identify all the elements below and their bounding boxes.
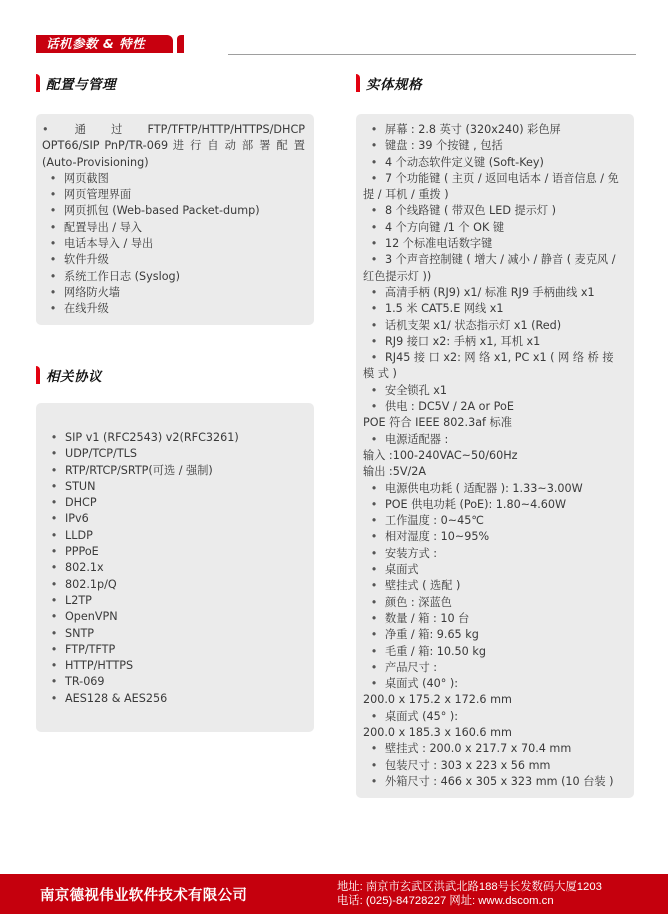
list-item: •802.1x bbox=[43, 560, 305, 576]
header-divider bbox=[228, 54, 636, 55]
heading-config: 配置与管理 bbox=[36, 74, 116, 92]
bullet-icon: • bbox=[363, 171, 385, 187]
list-item: •RJ9 接口 x2: 手柄 x1, 耳机 x1 bbox=[363, 334, 628, 350]
list-item-text: 802.1p/Q bbox=[65, 578, 117, 591]
list-item-text: 1.5 米 CAT5.E 网线 x1 bbox=[385, 302, 504, 315]
list-item-text: 桌面式 (45° ): bbox=[385, 710, 458, 723]
list-item-text: 系统工作日志 (Syslog) bbox=[64, 270, 180, 283]
bullet-icon: • bbox=[363, 318, 385, 334]
list-item-text: 电源供电功耗 ( 适配器 ): 1.33~3.00W bbox=[385, 482, 583, 495]
list-item-text: 话机支架 x1/ 状态指示灯 x1 (Red) bbox=[385, 319, 561, 332]
bullet-icon: • bbox=[363, 122, 385, 138]
bullet-icon: • bbox=[363, 758, 385, 774]
bullet-icon: • bbox=[363, 741, 385, 757]
list-item: •安全锁孔 x1 bbox=[363, 383, 628, 399]
bullet-icon: • bbox=[43, 479, 65, 495]
bullet-icon: • bbox=[363, 676, 385, 692]
list-item-text: RJ9 接口 x2: 手柄 x1, 耳机 x1 bbox=[385, 335, 540, 348]
list-item: •供电 : DC5V / 2A or PoE bbox=[363, 399, 628, 415]
bullet-icon: • bbox=[363, 644, 385, 660]
heading-marker-icon bbox=[36, 366, 40, 384]
physical-panel: •屏幕 : 2.8 英寸 (320x240) 彩色屏•键盘 : 39 个按键 ,… bbox=[356, 114, 634, 798]
list-item: •网络防火墙 bbox=[42, 285, 305, 301]
heading-marker-icon bbox=[36, 74, 40, 92]
list-item-text: IPv6 bbox=[65, 512, 89, 525]
list-item-text: AES128 & AES256 bbox=[65, 692, 167, 705]
footer-phone-website: 电话: (025)-84728227 网址: www.dscom.cn bbox=[337, 894, 602, 908]
list-item: •电源适配器 : bbox=[363, 432, 628, 448]
list-item-text: 电话本导入 / 导出 bbox=[64, 237, 153, 250]
physical-list: •屏幕 : 2.8 英寸 (320x240) 彩色屏•键盘 : 39 个按键 ,… bbox=[363, 122, 628, 790]
list-item: •屏幕 : 2.8 英寸 (320x240) 彩色屏 bbox=[363, 122, 628, 138]
list-item: •12 个标准电话数字键 bbox=[363, 236, 628, 252]
list-item: •键盘 : 39 个按键 , 包括 bbox=[363, 138, 628, 154]
list-item-text: POE 供电功耗 (PoE): 1.80~4.60W bbox=[385, 498, 566, 511]
heading-physical-text: 实体规格 bbox=[366, 73, 422, 93]
list-item-text: 200.0 x 185.3 x 160.6 mm bbox=[363, 726, 512, 739]
list-item-text: 颜色 : 深蓝色 bbox=[385, 596, 452, 609]
bullet-icon: • bbox=[42, 220, 64, 236]
list-item: •8 个线路键 ( 带双色 LED 提示灯 ) bbox=[363, 203, 628, 219]
list-item: •颜色 : 深蓝色 bbox=[363, 595, 628, 611]
heading-protocols: 相关协议 bbox=[36, 366, 102, 384]
list-item-text: 4 个动态软件定义键 (Soft-Key) bbox=[385, 156, 544, 169]
list-item: •电话本导入 / 导出 bbox=[42, 236, 305, 252]
list-item-text: 网页截图 bbox=[64, 172, 109, 185]
list-item-text: 网络防火墙 bbox=[64, 286, 120, 299]
list-item: •IPv6 bbox=[43, 511, 305, 527]
bullet-icon: • bbox=[363, 611, 385, 627]
list-item: •TR-069 bbox=[43, 674, 305, 690]
list-item-text: 壁挂式 ( 选配 ) bbox=[385, 579, 460, 592]
list-item: •RTP/RTCP/SRTP(可选 / 强制) bbox=[43, 463, 305, 479]
bullet-icon: • bbox=[43, 544, 65, 560]
list-item: •产品尺寸 : bbox=[363, 660, 628, 676]
list-item-text: 净重 / 箱: 9.65 kg bbox=[385, 628, 479, 641]
footer-address: 地址: 南京市玄武区洪武北路188号长发数码大厦1203 bbox=[337, 880, 602, 894]
list-item: •STUN bbox=[43, 479, 305, 495]
bullet-icon: • bbox=[42, 252, 64, 268]
list-item: •安装方式 : bbox=[363, 546, 628, 562]
list-item-text: SNTP bbox=[65, 627, 94, 640]
bullet-icon: • bbox=[363, 709, 385, 725]
list-item: •UDP/TCP/TLS bbox=[43, 446, 305, 462]
list-item: •相对湿度 : 10~95% bbox=[363, 529, 628, 545]
bullet-icon: • bbox=[42, 236, 64, 252]
list-item: •通 过 FTP/TFTP/HTTP/HTTPS/DHCP OPT66/SIP … bbox=[42, 122, 305, 171]
bullet-icon: • bbox=[363, 432, 385, 448]
list-item: •高清手柄 (RJ9) x1/ 标准 RJ9 手柄曲线 x1 bbox=[363, 285, 628, 301]
footer: 南京德视伟业软件技术有限公司 地址: 南京市玄武区洪武北路188号长发数码大厦1… bbox=[0, 874, 668, 914]
list-item-text: 包装尺寸 : 303 x 223 x 56 mm bbox=[385, 759, 550, 772]
list-item-text: 802.1x bbox=[65, 561, 104, 574]
list-item-text: 桌面式 bbox=[385, 563, 419, 576]
list-item-text: 外箱尺寸 : 466 x 305 x 323 mm (10 台装 ) bbox=[385, 775, 614, 788]
bullet-icon: • bbox=[42, 269, 64, 285]
list-item-text: L2TP bbox=[65, 594, 92, 607]
list-item-text: UDP/TCP/TLS bbox=[65, 447, 137, 460]
list-item-text: 网页管理界面 bbox=[64, 188, 131, 201]
list-item-text: 4 个方向键 /1 个 OK 键 bbox=[385, 221, 504, 234]
list-item: •HTTP/HTTPS bbox=[43, 658, 305, 674]
list-item-text: 软件升级 bbox=[64, 253, 109, 266]
bullet-icon: • bbox=[42, 301, 64, 317]
list-item: •RJ45 接 口 x2: 网 络 x1, PC x1 ( 网 络 桥 接 模 … bbox=[363, 350, 628, 383]
list-item: •L2TP bbox=[43, 593, 305, 609]
list-item-text: LLDP bbox=[65, 529, 93, 542]
bullet-icon: • bbox=[42, 122, 64, 138]
bullet-icon: • bbox=[363, 497, 385, 513]
list-item: •SNTP bbox=[43, 626, 305, 642]
list-item-text: 桌面式 (40° ): bbox=[385, 677, 458, 690]
bullet-icon: • bbox=[363, 301, 385, 317]
list-item: •LLDP bbox=[43, 528, 305, 544]
bullet-icon: • bbox=[43, 560, 65, 576]
list-item-text: 屏幕 : 2.8 英寸 (320x240) 彩色屏 bbox=[385, 123, 561, 136]
list-item: 输入 :100-240VAC~50/60Hz bbox=[363, 448, 628, 464]
list-item: •OpenVPN bbox=[43, 609, 305, 625]
list-item-text: 12 个标准电话数字键 bbox=[385, 237, 492, 250]
list-item-text: POE 符合 IEEE 802.3af 标准 bbox=[363, 416, 512, 429]
bullet-icon: • bbox=[43, 463, 65, 479]
bullet-icon: • bbox=[43, 642, 65, 658]
footer-company-name: 南京德视伟业软件技术有限公司 bbox=[40, 884, 337, 905]
list-item-text: HTTP/HTTPS bbox=[65, 659, 133, 672]
bullet-icon: • bbox=[363, 285, 385, 301]
list-item-text: STUN bbox=[65, 480, 96, 493]
list-item: •壁挂式 : 200.0 x 217.7 x 70.4 mm bbox=[363, 741, 628, 757]
list-item: •网页抓包 (Web-based Packet-dump) bbox=[42, 203, 305, 219]
bullet-icon: • bbox=[43, 674, 65, 690]
bullet-icon: • bbox=[363, 155, 385, 171]
list-item-text: TR-069 bbox=[65, 675, 105, 688]
list-item: •PPPoE bbox=[43, 544, 305, 560]
list-item: •1.5 米 CAT5.E 网线 x1 bbox=[363, 301, 628, 317]
list-item: •AES128 & AES256 bbox=[43, 691, 305, 707]
bullet-icon: • bbox=[363, 774, 385, 790]
list-item: •毛重 / 箱: 10.50 kg bbox=[363, 644, 628, 660]
bullet-icon: • bbox=[363, 481, 385, 497]
list-item-text: RTP/RTCP/SRTP(可选 / 强制) bbox=[65, 464, 213, 477]
list-item: •网页管理界面 bbox=[42, 187, 305, 203]
list-item: 输出 :5V/2A bbox=[363, 464, 628, 480]
list-item-text: 3 个声音控制键 ( 增大 / 减小 / 静音 ( 麦克风 / 红色提示灯 )) bbox=[363, 253, 616, 282]
bullet-icon: • bbox=[363, 660, 385, 676]
bullet-icon: • bbox=[363, 334, 385, 350]
list-item-text: FTP/TFTP bbox=[65, 643, 115, 656]
bullet-icon: • bbox=[43, 609, 65, 625]
bullet-icon: • bbox=[363, 595, 385, 611]
bullet-icon: • bbox=[43, 577, 65, 593]
bullet-icon: • bbox=[363, 627, 385, 643]
bullet-icon: • bbox=[363, 236, 385, 252]
heading-protocols-text: 相关协议 bbox=[46, 365, 102, 385]
bullet-icon: • bbox=[43, 691, 65, 707]
list-item: •SIP v1 (RFC2543) v2(RFC3261) bbox=[43, 430, 305, 446]
footer-contact-block: 地址: 南京市玄武区洪武北路188号长发数码大厦1203 电话: (025)-8… bbox=[337, 880, 602, 908]
list-item: •POE 供电功耗 (PoE): 1.80~4.60W bbox=[363, 497, 628, 513]
list-item-text: 毛重 / 箱: 10.50 kg bbox=[385, 645, 486, 658]
list-item: 200.0 x 175.2 x 172.6 mm bbox=[363, 692, 628, 708]
bullet-icon: • bbox=[363, 203, 385, 219]
heading-marker-icon bbox=[356, 74, 360, 92]
list-item-text: OpenVPN bbox=[65, 610, 118, 623]
list-item: •DHCP bbox=[43, 495, 305, 511]
list-item: •在线升级 bbox=[42, 301, 305, 317]
bullet-icon: • bbox=[363, 562, 385, 578]
bullet-icon: • bbox=[43, 511, 65, 527]
list-item-text: 高清手柄 (RJ9) x1/ 标准 RJ9 手柄曲线 x1 bbox=[385, 286, 595, 299]
bullet-icon: • bbox=[43, 593, 65, 609]
bullet-icon: • bbox=[43, 495, 65, 511]
bullet-icon: • bbox=[43, 626, 65, 642]
list-item-text: 数量 / 箱 : 10 台 bbox=[385, 612, 469, 625]
list-item: •配置导出 / 导入 bbox=[42, 220, 305, 236]
list-item-text: 通 过 FTP/TFTP/HTTP/HTTPS/DHCP OPT66/SIP P… bbox=[42, 123, 305, 169]
bullet-icon: • bbox=[363, 252, 385, 268]
list-item: •软件升级 bbox=[42, 252, 305, 268]
list-item: POE 符合 IEEE 802.3af 标准 bbox=[363, 415, 628, 431]
list-item: •网页截图 bbox=[42, 171, 305, 187]
bullet-icon: • bbox=[42, 171, 64, 187]
list-item: •话机支架 x1/ 状态指示灯 x1 (Red) bbox=[363, 318, 628, 334]
list-item-text: 键盘 : 39 个按键 , 包括 bbox=[385, 139, 503, 152]
list-item-text: 200.0 x 175.2 x 172.6 mm bbox=[363, 693, 512, 706]
list-item-text: SIP v1 (RFC2543) v2(RFC3261) bbox=[65, 431, 239, 444]
list-item: •净重 / 箱: 9.65 kg bbox=[363, 627, 628, 643]
list-item: •桌面式 (40° ): bbox=[363, 676, 628, 692]
list-item: •外箱尺寸 : 466 x 305 x 323 mm (10 台装 ) bbox=[363, 774, 628, 790]
protocols-panel: •SIP v1 (RFC2543) v2(RFC3261)•UDP/TCP/TL… bbox=[36, 403, 314, 732]
list-item: •桌面式 bbox=[363, 562, 628, 578]
list-item: 200.0 x 185.3 x 160.6 mm bbox=[363, 725, 628, 741]
bullet-icon: • bbox=[43, 446, 65, 462]
heading-config-text: 配置与管理 bbox=[46, 73, 116, 93]
list-item: •FTP/TFTP bbox=[43, 642, 305, 658]
list-item-text: 供电 : DC5V / 2A or PoE bbox=[385, 400, 514, 413]
list-item-text: 配置导出 / 导入 bbox=[64, 221, 142, 234]
list-item: •工作温度 : 0~45℃ bbox=[363, 513, 628, 529]
config-list: •通 过 FTP/TFTP/HTTP/HTTPS/DHCP OPT66/SIP … bbox=[42, 122, 305, 318]
list-item-text: PPPoE bbox=[65, 545, 99, 558]
list-item: •7 个功能键 ( 主页 / 返回电话本 / 语音信息 / 免提 / 耳机 / … bbox=[363, 171, 628, 204]
bullet-icon: • bbox=[363, 513, 385, 529]
bullet-icon: • bbox=[363, 138, 385, 154]
bullet-icon: • bbox=[363, 578, 385, 594]
list-item: •壁挂式 ( 选配 ) bbox=[363, 578, 628, 594]
list-item: •数量 / 箱 : 10 台 bbox=[363, 611, 628, 627]
protocols-list: •SIP v1 (RFC2543) v2(RFC3261)•UDP/TCP/TL… bbox=[43, 430, 305, 707]
bullet-icon: • bbox=[43, 658, 65, 674]
banner-title: 话机参数 & 特性 bbox=[36, 35, 173, 53]
list-item-text: 安装方式 : bbox=[385, 547, 437, 560]
list-item: •桌面式 (45° ): bbox=[363, 709, 628, 725]
list-item-text: 输入 :100-240VAC~50/60Hz bbox=[363, 449, 518, 462]
bullet-icon: • bbox=[42, 203, 64, 219]
bullet-icon: • bbox=[363, 529, 385, 545]
list-item-text: 8 个线路键 ( 带双色 LED 提示灯 ) bbox=[385, 204, 556, 217]
list-item: •包装尺寸 : 303 x 223 x 56 mm bbox=[363, 758, 628, 774]
bullet-icon: • bbox=[363, 350, 385, 366]
list-item-text: 在线升级 bbox=[64, 302, 109, 315]
list-item-text: 网页抓包 (Web-based Packet-dump) bbox=[64, 204, 260, 217]
list-item: •系统工作日志 (Syslog) bbox=[42, 269, 305, 285]
bullet-icon: • bbox=[42, 285, 64, 301]
list-item: •802.1p/Q bbox=[43, 577, 305, 593]
bullet-icon: • bbox=[43, 528, 65, 544]
list-item-text: DHCP bbox=[65, 496, 97, 509]
bullet-icon: • bbox=[363, 399, 385, 415]
list-item: •4 个动态软件定义键 (Soft-Key) bbox=[363, 155, 628, 171]
list-item-text: 工作温度 : 0~45℃ bbox=[385, 514, 484, 527]
list-item-text: 壁挂式 : 200.0 x 217.7 x 70.4 mm bbox=[385, 742, 571, 755]
list-item: •4 个方向键 /1 个 OK 键 bbox=[363, 220, 628, 236]
list-item-text: 产品尺寸 : bbox=[385, 661, 437, 674]
heading-physical: 实体规格 bbox=[356, 74, 422, 92]
list-item-text: 相对湿度 : 10~95% bbox=[385, 530, 489, 543]
list-item-text: 输出 :5V/2A bbox=[363, 465, 426, 478]
list-item-text: 电源适配器 : bbox=[385, 433, 448, 446]
bullet-icon: • bbox=[363, 383, 385, 399]
config-panel: •通 过 FTP/TFTP/HTTP/HTTPS/DHCP OPT66/SIP … bbox=[36, 114, 314, 325]
list-item: •电源供电功耗 ( 适配器 ): 1.33~3.00W bbox=[363, 481, 628, 497]
bullet-icon: • bbox=[363, 220, 385, 236]
bullet-icon: • bbox=[43, 430, 65, 446]
bullet-icon: • bbox=[42, 187, 64, 203]
list-item-text: 7 个功能键 ( 主页 / 返回电话本 / 语音信息 / 免提 / 耳机 / 重… bbox=[363, 172, 619, 201]
list-item-text: 安全锁孔 x1 bbox=[385, 384, 447, 397]
banner-notch-decoration bbox=[177, 35, 184, 53]
list-item-text: RJ45 接 口 x2: 网 络 x1, PC x1 ( 网 络 桥 接 模 式… bbox=[363, 351, 614, 380]
section-banner: 话机参数 & 特性 bbox=[36, 35, 184, 53]
bullet-icon: • bbox=[363, 546, 385, 562]
list-item: •3 个声音控制键 ( 增大 / 减小 / 静音 ( 麦克风 / 红色提示灯 )… bbox=[363, 252, 628, 285]
